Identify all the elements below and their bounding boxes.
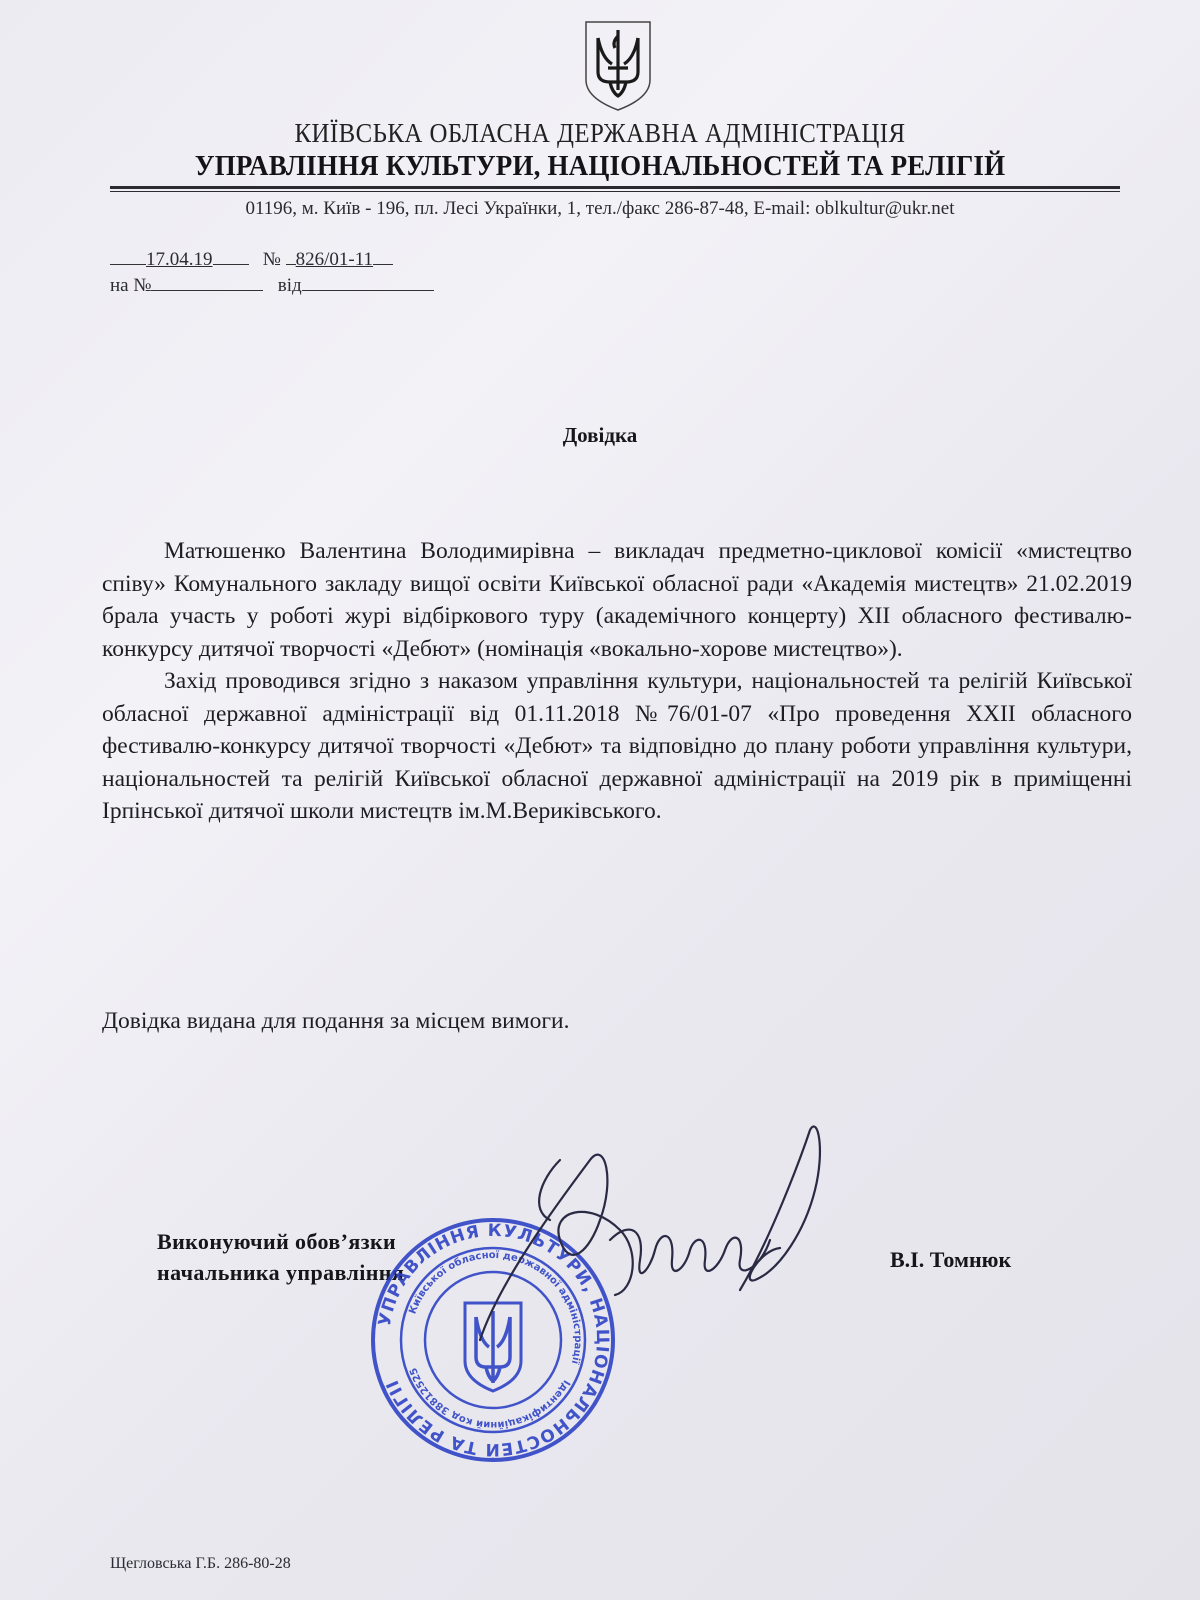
registration-line: 17.04.19 № 826/01-11 bbox=[110, 246, 393, 271]
document-body: Матюшенко Валентина Володимирівна – викл… bbox=[102, 535, 1132, 828]
executor-contact: Щегловська Г.Б. 286-80-28 bbox=[110, 1555, 291, 1573]
from-label: від bbox=[278, 275, 302, 296]
document-title: Довідка bbox=[0, 423, 1200, 448]
blank-line bbox=[213, 246, 249, 265]
reply-to-label: на № bbox=[110, 275, 151, 296]
blank-line bbox=[373, 246, 393, 265]
reply-reference-line: на № від bbox=[110, 272, 434, 297]
trident-emblem-icon bbox=[582, 18, 654, 114]
handwritten-signature bbox=[440, 1120, 840, 1350]
letterhead-divider-thin bbox=[110, 191, 1120, 192]
department-name: УПРАВЛІННЯ КУЛЬТУРИ, НАЦІОНАЛЬНОСТЕЙ ТА … bbox=[42, 150, 1158, 183]
outgoing-date: 17.04.19 bbox=[146, 249, 213, 270]
signatory-name: В.І. Томнюк bbox=[890, 1247, 1011, 1273]
number-label: № bbox=[263, 249, 281, 270]
organization-name: КИЇВСЬКА ОБЛАСНА ДЕРЖАВНА АДМІНІСТРАЦІЯ bbox=[48, 118, 1152, 149]
blank-line bbox=[286, 246, 296, 265]
letterhead-divider bbox=[110, 186, 1120, 189]
outgoing-number: 826/01-11 bbox=[296, 249, 373, 270]
letterhead-address: 01196, м. Київ - 196, пл. Лесі Українки,… bbox=[0, 198, 1200, 220]
from-date-field bbox=[302, 272, 434, 291]
reply-to-number-field bbox=[151, 272, 263, 291]
body-paragraph: Матюшенко Валентина Володимирівна – викл… bbox=[102, 535, 1132, 665]
document-page: КИЇВСЬКА ОБЛАСНА ДЕРЖАВНА АДМІНІСТРАЦІЯ … bbox=[0, 0, 1200, 1600]
closing-statement: Довідка видана для подання за місцем вим… bbox=[102, 1008, 569, 1035]
body-paragraph: Захід проводився згідно з наказом управл… bbox=[102, 665, 1132, 828]
blank-line bbox=[110, 246, 146, 265]
